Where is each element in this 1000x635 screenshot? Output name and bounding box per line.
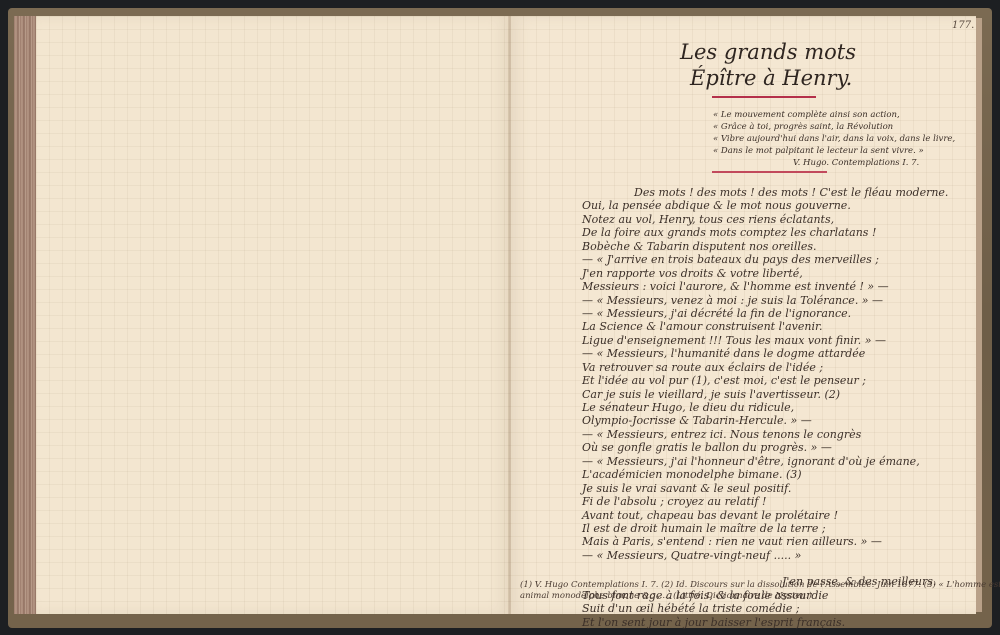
poem-line: — « Messieurs, j'ai l'honneur d'être, ig… [582, 455, 948, 468]
poem-line: Car je suis le vieillard, je suis l'aver… [582, 388, 948, 401]
poem-line: Messieurs : voici l'aurore, & l'homme es… [582, 280, 948, 293]
poem-line: — « Messieurs, Quatre-vingt-neuf ..... » [582, 549, 948, 562]
poem-body: Des mots ! des mots ! des mots ! C'est l… [582, 186, 948, 629]
poem-line: Oui, la pensée abdique & le mot nous gou… [582, 199, 948, 212]
poem-line: — « Messieurs, l'humanité dans le dogme … [582, 347, 948, 360]
epigraph-attribution: V. Hugo. Contemplations I. 7. [713, 157, 955, 169]
poem-line: Le sénateur Hugo, le dieu du ridicule, [582, 401, 948, 414]
poem-line: Bobèche & Tabarin disputent nos oreilles… [582, 240, 948, 253]
right-page-edge [976, 18, 982, 612]
poem-subtitle: Épître à Henry. [690, 66, 852, 90]
poem-line: Je suis le vrai savant & le seul positif… [582, 482, 948, 495]
poem-line: Avant tout, chapeau bas devant le prolét… [582, 509, 948, 522]
footnotes: (1) V. Hugo Contemplations I. 7. (2) Id.… [520, 580, 1000, 602]
poem-line: Mais à Paris, s'entend : rien ne vaut ri… [582, 535, 948, 548]
page-number: 177. [952, 20, 974, 31]
footnote-line: animal monodelphe bimane &c ..... (Littr… [520, 591, 1000, 602]
poem-line: Suit d'un œil hébété la triste comédie ; [582, 602, 948, 615]
left-page-blank [36, 16, 510, 614]
poem-line: Où se gonfle gratis le ballon du progrès… [582, 441, 948, 454]
poem-line: — « J'arrive en trois bateaux du pays de… [582, 253, 948, 266]
epigraph-line: « Dans le mot palpitant le lecteur la se… [713, 145, 955, 157]
poem-line: Des mots ! des mots ! des mots ! C'est l… [582, 186, 948, 199]
poem-line: — « Messieurs, entrez ici. Nous tenons l… [582, 428, 948, 441]
epigraph: « Le mouvement complète ainsi son action… [713, 109, 955, 169]
epigraph-rule [712, 171, 827, 173]
poem-line: Va retrouver sa route aux éclairs de l'i… [582, 361, 948, 374]
epigraph-line: « Grâce à toi, progrès saint, la Révolut… [713, 121, 955, 133]
poem-line: — « Messieurs, j'ai décrété la fin de l'… [582, 307, 948, 320]
poem-line: Notez au vol, Henry, tous ces riens écla… [582, 213, 948, 226]
poem-line: Fi de l'absolu ; croyez au relatif ! [582, 495, 948, 508]
poem-line: J'en rapporte vos droits & votre liberté… [582, 267, 948, 280]
poem-line: La Science & l'amour construisent l'aven… [582, 320, 948, 333]
poem-line: Olympio-Jocrisse & Tabarin-Hercule. » — [582, 414, 948, 427]
stanza-gap [582, 562, 948, 575]
footnote-line: (1) V. Hugo Contemplations I. 7. (2) Id.… [520, 580, 1000, 591]
poem-title: Les grands mots [680, 40, 856, 64]
book-gutter [508, 16, 511, 614]
epigraph-line: « Le mouvement complète ainsi son action… [713, 109, 955, 121]
poem-line: Il est de droit humain le maître de la t… [582, 522, 948, 535]
poem-line: L'académicien monodelphe bimane. (3) [582, 468, 948, 481]
poem-line: De la foire aux grands mots comptez les … [582, 226, 948, 239]
poem-line: Et l'idée au vol pur (1), c'est moi, c'e… [582, 374, 948, 387]
poem-line: Et l'on sent jour à jour baisser l'espri… [582, 616, 948, 629]
epigraph-line: « Vibre aujourd'hui dans l'air, dans la … [713, 133, 955, 145]
title-underline [712, 96, 816, 98]
poem-line: Ligue d'enseignement !!! Tous les maux v… [582, 334, 948, 347]
poem-line: — « Messieurs, venez à moi : je suis la … [582, 294, 948, 307]
